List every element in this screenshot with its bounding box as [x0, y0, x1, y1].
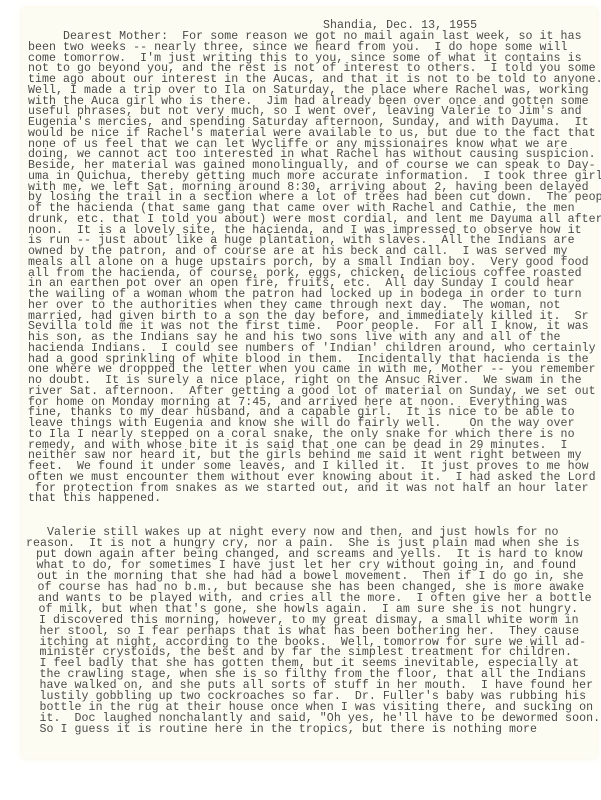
text-line: of milk, but when that's gone, she howls…: [32, 604, 579, 615]
text-line: her stool, so I fear perhaps that is wha…: [33, 626, 580, 637]
text-line: I discovered this morning, however, to m…: [32, 615, 579, 626]
text-line: So I guess it is routine here in the tro…: [33, 724, 538, 735]
text-line: that this happened.: [28, 493, 161, 504]
